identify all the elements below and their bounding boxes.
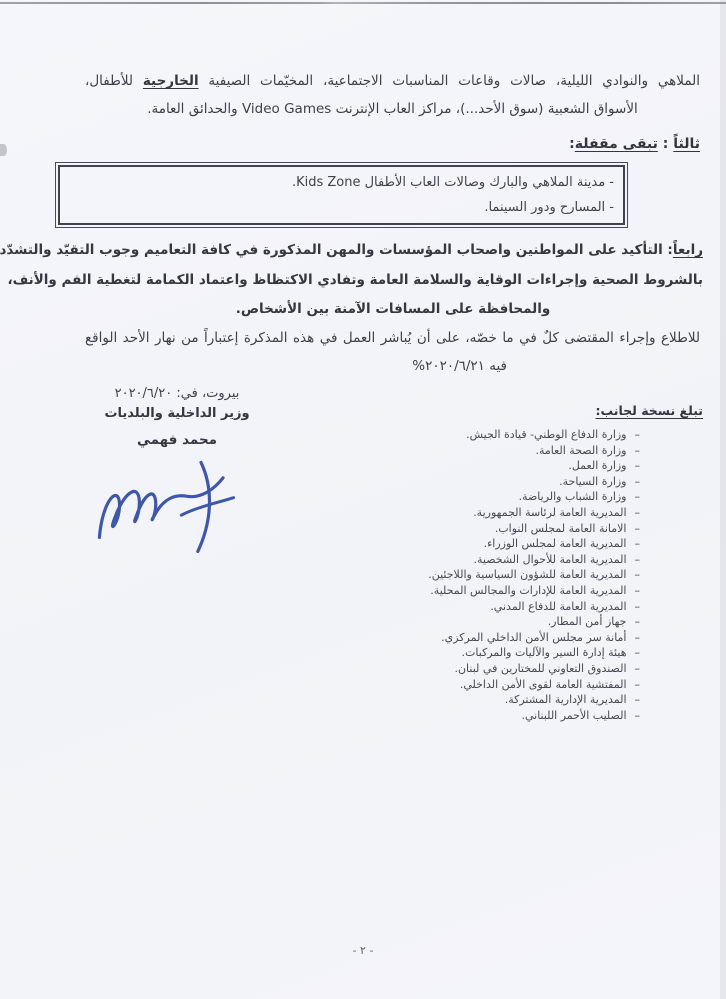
section-four-term: رابعاً [673, 242, 703, 258]
section-four-line-1: رابعاً: التأكيد على المواطنين واصحاب الم… [83, 236, 703, 266]
list-item: – جهاز أمن المطار. [428, 614, 640, 630]
section-three-separator: : [658, 136, 673, 152]
list-item: – أمانة سر مجلس الأمن الداخلي المركزي. [428, 630, 640, 646]
section-three-term: ثالثاً [673, 136, 700, 152]
list-dash-marker: – [635, 443, 641, 459]
list-dash-marker: – [635, 661, 641, 677]
intro-line1-start: الملاهي والنوادي الليلية، صالات وقاعات ا… [199, 73, 700, 89]
closed-item-1: - مدينة الملاهي والبارك وصالات العاب الأ… [69, 170, 614, 195]
list-dash-marker: – [635, 677, 641, 693]
list-item: – المديرية العامة للإدارات والمجالس المح… [428, 583, 640, 599]
intro-line1-end: للأطفال، [85, 73, 143, 89]
list-item-label: المديرية العامة للإدارات والمجالس المحلي… [430, 583, 626, 599]
list-item: – المديرية العامة لرئاسة الجمهورية. [428, 505, 640, 521]
list-dash-marker: – [635, 458, 641, 474]
list-item: – المديرية العامة للأحوال الشخصية. [428, 552, 640, 568]
list-dash-marker: – [635, 614, 641, 630]
intro-line-2: الأسواق الشعبية (سوق الأحد...)، مراكز ال… [85, 95, 700, 123]
handwritten-signature-icon [78, 439, 270, 570]
list-item-label: وزارة الدفاع الوطني- قيادة الجيش. [466, 427, 626, 443]
list-dash-marker: – [635, 552, 641, 568]
list-dash-marker: – [635, 645, 641, 661]
closed-items-box: - مدينة الملاهي والبارك وصالات العاب الأ… [58, 165, 625, 225]
list-dash-marker: – [635, 521, 641, 537]
effective-date-paragraph: للاطلاع وإجراء المقتضى كلٌ في ما خصّه، ع… [85, 325, 700, 380]
section-four-paragraph: رابعاً: التأكيد على المواطنين واصحاب الم… [83, 236, 703, 325]
list-item-label: وزارة العمل. [568, 458, 626, 474]
list-dash-marker: – [635, 692, 641, 708]
signature-block: بيروت، في: ٢٠٢٠/٦/٢٠ وزير الداخلية والبل… [58, 386, 296, 448]
list-item-label: الصليب الأحمر اللبناني. [521, 708, 626, 724]
list-dash-marker: – [635, 599, 641, 615]
section-four-line-2: بالشروط الصحية وإجراءات الوقاية والسلامة… [83, 266, 703, 296]
list-item: – المديرية العامة لمجلس الوزراء. [428, 536, 640, 552]
list-item: – هيئة إدارة السير والآليات والمركبات. [428, 645, 640, 661]
list-item-label: المفتشية العامة لقوى الأمن الداخلي. [460, 677, 627, 693]
list-item-label: الصندوق التعاوني للمختارين في لبنان. [454, 661, 626, 677]
list-item-label: هيئة إدارة السير والآليات والمركبات. [462, 645, 627, 661]
list-item-label: الامانة العامة لمجلس النواب. [495, 521, 627, 537]
intro-paragraph: الملاهي والنوادي الليلية، صالات وقاعات ا… [85, 67, 700, 123]
list-item-label: وزارة الصحة العامة. [535, 443, 626, 459]
list-item: – وزارة السياحة. [428, 474, 640, 490]
minister-name: محمد فهمي [58, 432, 296, 448]
list-dash-marker: – [635, 567, 641, 583]
list-item: – وزارة الشباب والرياضة. [428, 489, 640, 505]
list-item-label: المديرية الإدارية المشتركة. [505, 692, 627, 708]
section-three-heading: ثالثاً : تبقى مقفلة: [569, 136, 700, 152]
list-item: – الصليب الأحمر اللبناني. [428, 708, 640, 724]
list-item-label: المديرية العامة للدفاع المدني. [490, 599, 626, 615]
list-item: – المديرية العامة للدفاع المدني. [428, 599, 640, 615]
list-dash-marker: – [635, 474, 641, 490]
list-item: – المديرية العامة للشؤون السياسية واللاج… [428, 567, 640, 583]
list-dash-marker: – [635, 505, 641, 521]
scanned-memo-page: الملاهي والنوادي الليلية، صالات وقاعات ا… [0, 0, 726, 999]
list-item-label: المديرية العامة لرئاسة الجمهورية. [473, 505, 626, 521]
list-item: – وزارة العمل. [428, 458, 640, 474]
effective-date-line-1: للاطلاع وإجراء المقتضى كلٌ في ما خصّه، ع… [85, 325, 700, 353]
list-dash-marker: – [635, 536, 641, 552]
section-three-title: تبقى مقفلة [575, 136, 658, 152]
list-item: – الامانة العامة لمجلس النواب. [428, 521, 640, 537]
minister-title: وزير الداخلية والبلديات [58, 406, 296, 421]
list-item: – الصندوق التعاوني للمختارين في لبنان. [428, 661, 640, 677]
list-dash-marker: – [635, 427, 641, 443]
list-item-label: المديرية العامة للأحوال الشخصية. [474, 552, 627, 568]
list-item: – المديرية الإدارية المشتركة. [428, 692, 640, 708]
list-item: – المفتشية العامة لقوى الأمن الداخلي. [428, 677, 640, 693]
intro-line1-emphasis: الخارجية [143, 73, 199, 89]
list-dash-marker: – [635, 489, 641, 505]
section-four-line-3: والمحافظة على المسافات الآمنة بين الأشخا… [83, 295, 703, 325]
list-item: – وزارة الصحة العامة. [428, 443, 640, 459]
signature-place-date: بيروت، في: ٢٠٢٠/٦/٢٠ [58, 386, 296, 401]
scan-artifact-speck [0, 144, 7, 156]
list-item-label: أمانة سر مجلس الأمن الداخلي المركزي. [441, 630, 626, 646]
section-four-line1-rest: : التأكيد على المواطنين واصحاب المؤسسات … [0, 242, 673, 258]
closed-item-2: - المسارح ودور السينما. [69, 195, 614, 220]
effective-date-line-2: فيه ٢٠٢٠/٦/٢١% [85, 353, 700, 381]
intro-line-1: الملاهي والنوادي الليلية، صالات وقاعات ا… [85, 67, 700, 95]
list-item: – وزارة الدفاع الوطني- قيادة الجيش. [428, 427, 640, 443]
scan-artifact-right-edge [720, 0, 726, 999]
distribution-list: – وزارة الدفاع الوطني- قيادة الجيش. – وز… [428, 427, 640, 723]
list-dash-marker: – [635, 708, 641, 724]
scan-artifact-topline [0, 2, 726, 4]
page-number: - ٢ - [0, 944, 726, 957]
list-dash-marker: – [635, 583, 641, 599]
list-item-label: جهاز أمن المطار. [548, 614, 627, 630]
list-item-label: وزارة السياحة. [559, 474, 626, 490]
list-item-label: المديرية العامة لمجلس الوزراء. [484, 536, 627, 552]
distribution-heading: تبلغ نسخة لجانب: [596, 403, 703, 418]
list-item-label: وزارة الشباب والرياضة. [519, 489, 627, 505]
list-item-label: المديرية العامة للشؤون السياسية واللاجئي… [428, 567, 626, 583]
list-dash-marker: – [635, 630, 641, 646]
